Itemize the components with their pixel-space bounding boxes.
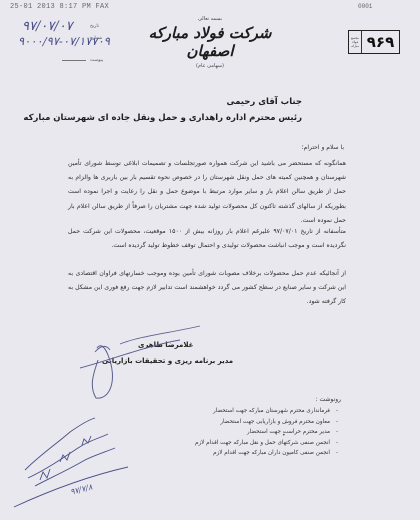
attachment-label: پیوست (90, 58, 103, 63)
recipient-name: جناب آقای رحیمی (227, 97, 303, 107)
margin-note-date: ۹۷/۷/۸ (69, 482, 93, 496)
logo-side-text: مجتمع فولاد مبارکه (349, 31, 362, 53)
cc-label: رونوشت : (316, 396, 341, 403)
cc-item: -انجمن صنفی شرکتهای حمل و نقل مبارکه جهت… (104, 438, 344, 449)
date-label: تاریخ (90, 24, 99, 29)
cc-item: -فرمانداری محترم شهرستان مبارکه جهت استح… (104, 406, 344, 417)
letterhead-top-label: بسمه تعالی (140, 16, 280, 22)
handwritten-date: ۹۷/۰۷/۰۷ (22, 19, 73, 34)
company-type: (سهامی عام) (140, 63, 280, 69)
signatory-name: غلامرضا طاهری (138, 341, 193, 349)
letterhead: بسمه تعالی شرکت فولاد مبارکه اصفهان (سها… (140, 16, 280, 69)
fax-header: 25-01 2013 8:17 PM FAX (10, 3, 109, 11)
cc-item: -مدیر محترم حراست جهت استحضار (104, 427, 344, 438)
company-logo: مجتمع فولاد مبارکه ۹۶۹ (348, 30, 400, 54)
handwritten-letter-number: ۹۰۰۰/۹۷-۰۷/۱۷۷۰۹ (18, 34, 110, 48)
page-number: 0001 (358, 3, 372, 10)
recipient-title: رئیس محترم اداره راهداری و حمل ونقل جاده… (23, 113, 302, 123)
signatory-title: مدیر برنامه ریزی و تحقیقات بازاریابی (102, 357, 233, 365)
cc-list: -فرمانداری محترم شهرستان مبارکه جهت استح… (104, 406, 344, 459)
cc-item: -معاون محترم فروش و بازاریابی جهت استحضا… (104, 417, 344, 428)
greeting: با سلام و احترام؛ (302, 144, 344, 151)
body-paragraph-1: همانگونه که مستحضر می باشید این شرکت همو… (68, 157, 346, 228)
stray-dot: • (282, 432, 286, 439)
logo-mark-icon: ۹۶۹ (362, 33, 399, 51)
attachment-line (62, 60, 86, 61)
body-paragraph-3: از آنجائیکه عدم حمل محصولات برخلاف مصوبا… (68, 267, 346, 310)
cc-item: -انجمن صنفی کامیون داران مبارکه جهت اقدا… (104, 448, 344, 459)
body-paragraph-2: متأسفانه از تاریخ ۹۷/۰۷/۰۱ علیرغم اعلام … (68, 225, 346, 253)
company-name: شرکت فولاد مبارکه اصفهان (140, 24, 280, 60)
